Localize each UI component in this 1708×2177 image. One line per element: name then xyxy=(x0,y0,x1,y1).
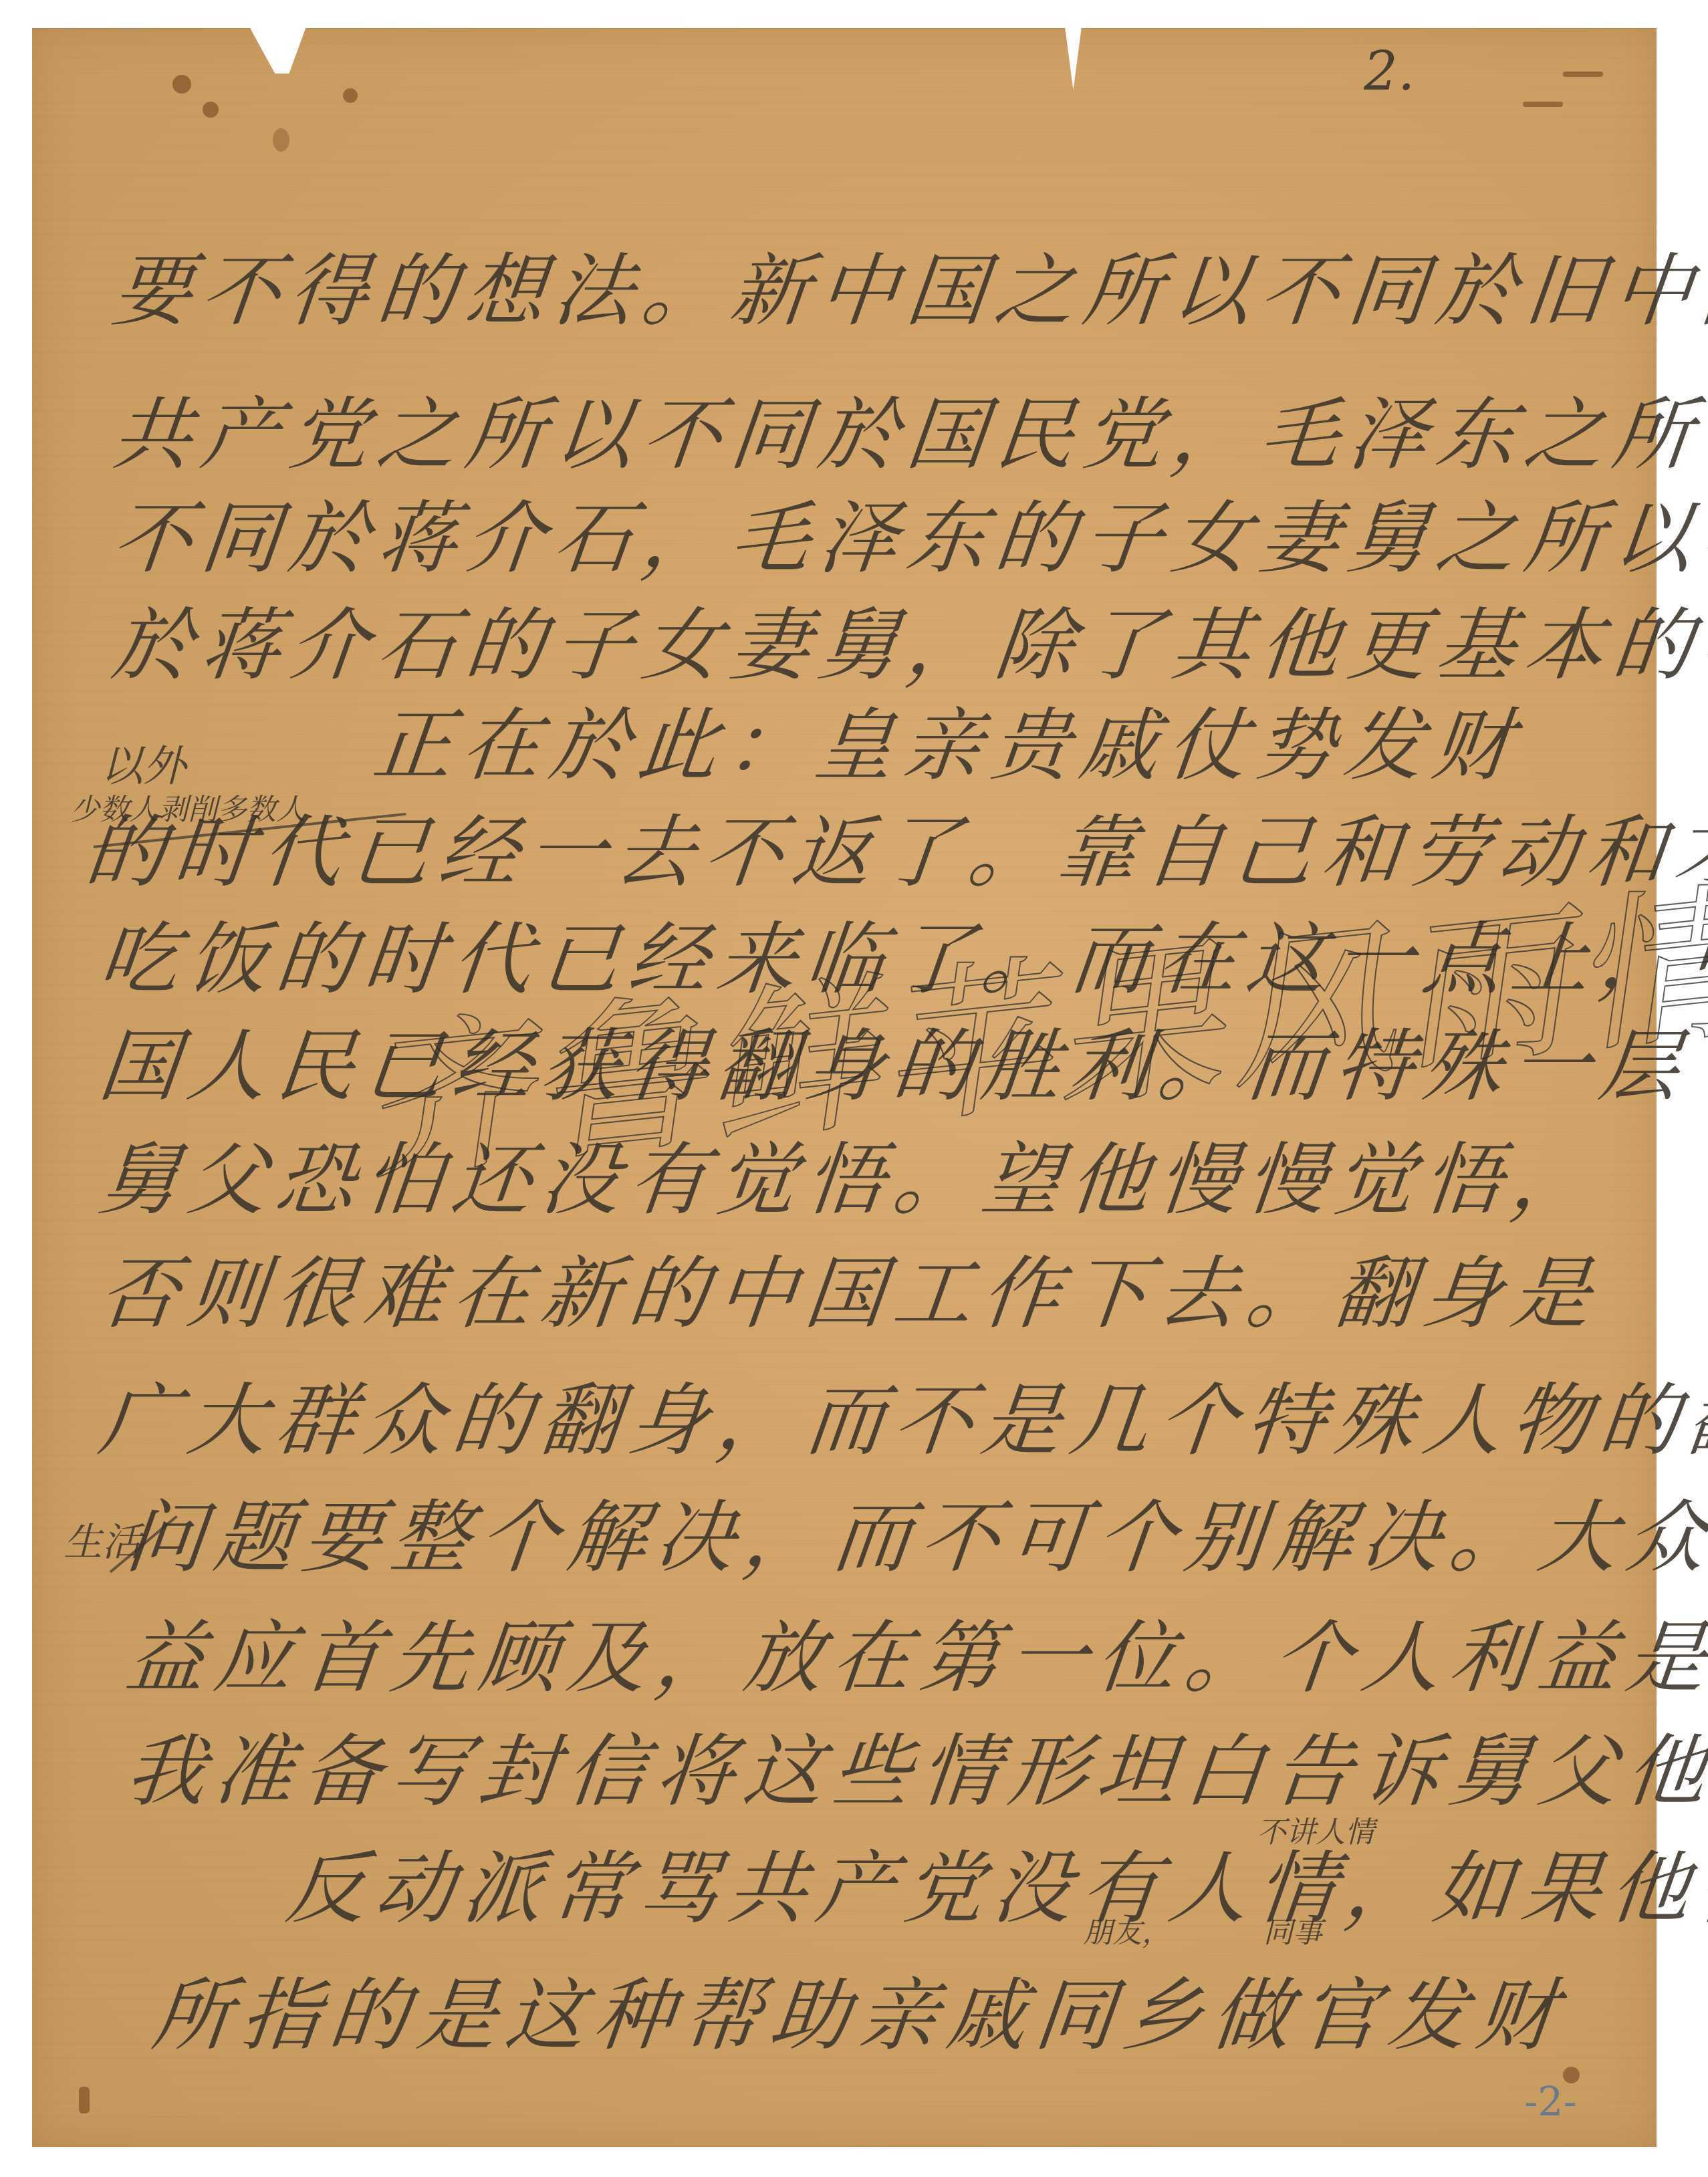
letter-line-14: 我准备写封信将这些情形坦白告诉舅父他们。 xyxy=(121,1708,1708,1821)
ink-stain xyxy=(79,2087,90,2114)
page-number-bottom: -2- xyxy=(1524,2079,1577,2126)
note-tongshi: 同事 xyxy=(1263,1908,1322,1951)
letter-line-13: 益应首先顾及，放在第一位。个人利益是不成的。 xyxy=(121,1594,1708,1708)
letter-line-12: 问题要整个解决，而不可个别解决。大众的利 xyxy=(121,1474,1708,1587)
ink-stain xyxy=(273,128,289,152)
note-pengyou: 朋友， xyxy=(1083,1908,1171,1951)
top-tear-notch-mid xyxy=(1065,27,1082,90)
letter-line-1: 要不得的想法。新中国之所以不同於旧中国， xyxy=(108,227,1708,341)
letter-line-16: 所指的是这种帮助亲戚同乡做官发财 xyxy=(148,1952,1572,2065)
margin-note-insert: 少数人剥削多数人 xyxy=(70,785,306,828)
margin-note-shenghuo: 生活 xyxy=(64,1511,141,1567)
letter-line-4: 於蒋介石的子女妻舅，除了其他更基本的不同 xyxy=(108,582,1708,695)
letter-line-3: 不同於蒋介石，毛泽东的子女妻舅之所以不同 xyxy=(108,475,1708,588)
letter-line-5: 正在於此：皇亲贵戚仗势发财 xyxy=(368,682,1528,795)
letter-line-15: 反动派常骂共产党没有人情，如果他们 xyxy=(281,1825,1708,1938)
ink-stain xyxy=(1563,72,1603,77)
margin-note-insert-top: 以外 xyxy=(100,732,186,793)
letter-line-2: 共产党之所以不同於国民党，毛泽东之所以 xyxy=(108,371,1708,485)
page-number-top: 2. xyxy=(1364,40,1415,102)
ink-stain xyxy=(172,75,191,94)
note-bu-jiang-renqing: 不讲人情 xyxy=(1257,1808,1374,1851)
ink-stain xyxy=(343,88,358,103)
ink-stain xyxy=(203,102,219,118)
letter-line-11: 广大群众的翻身，而不是几个特殊人物的翻身 xyxy=(94,1357,1708,1470)
ink-stain xyxy=(1523,102,1563,107)
top-tear-notch-left xyxy=(249,27,306,74)
letter-line-10: 否则很难在新的中国工作下去。翻身是 xyxy=(94,1230,1606,1343)
